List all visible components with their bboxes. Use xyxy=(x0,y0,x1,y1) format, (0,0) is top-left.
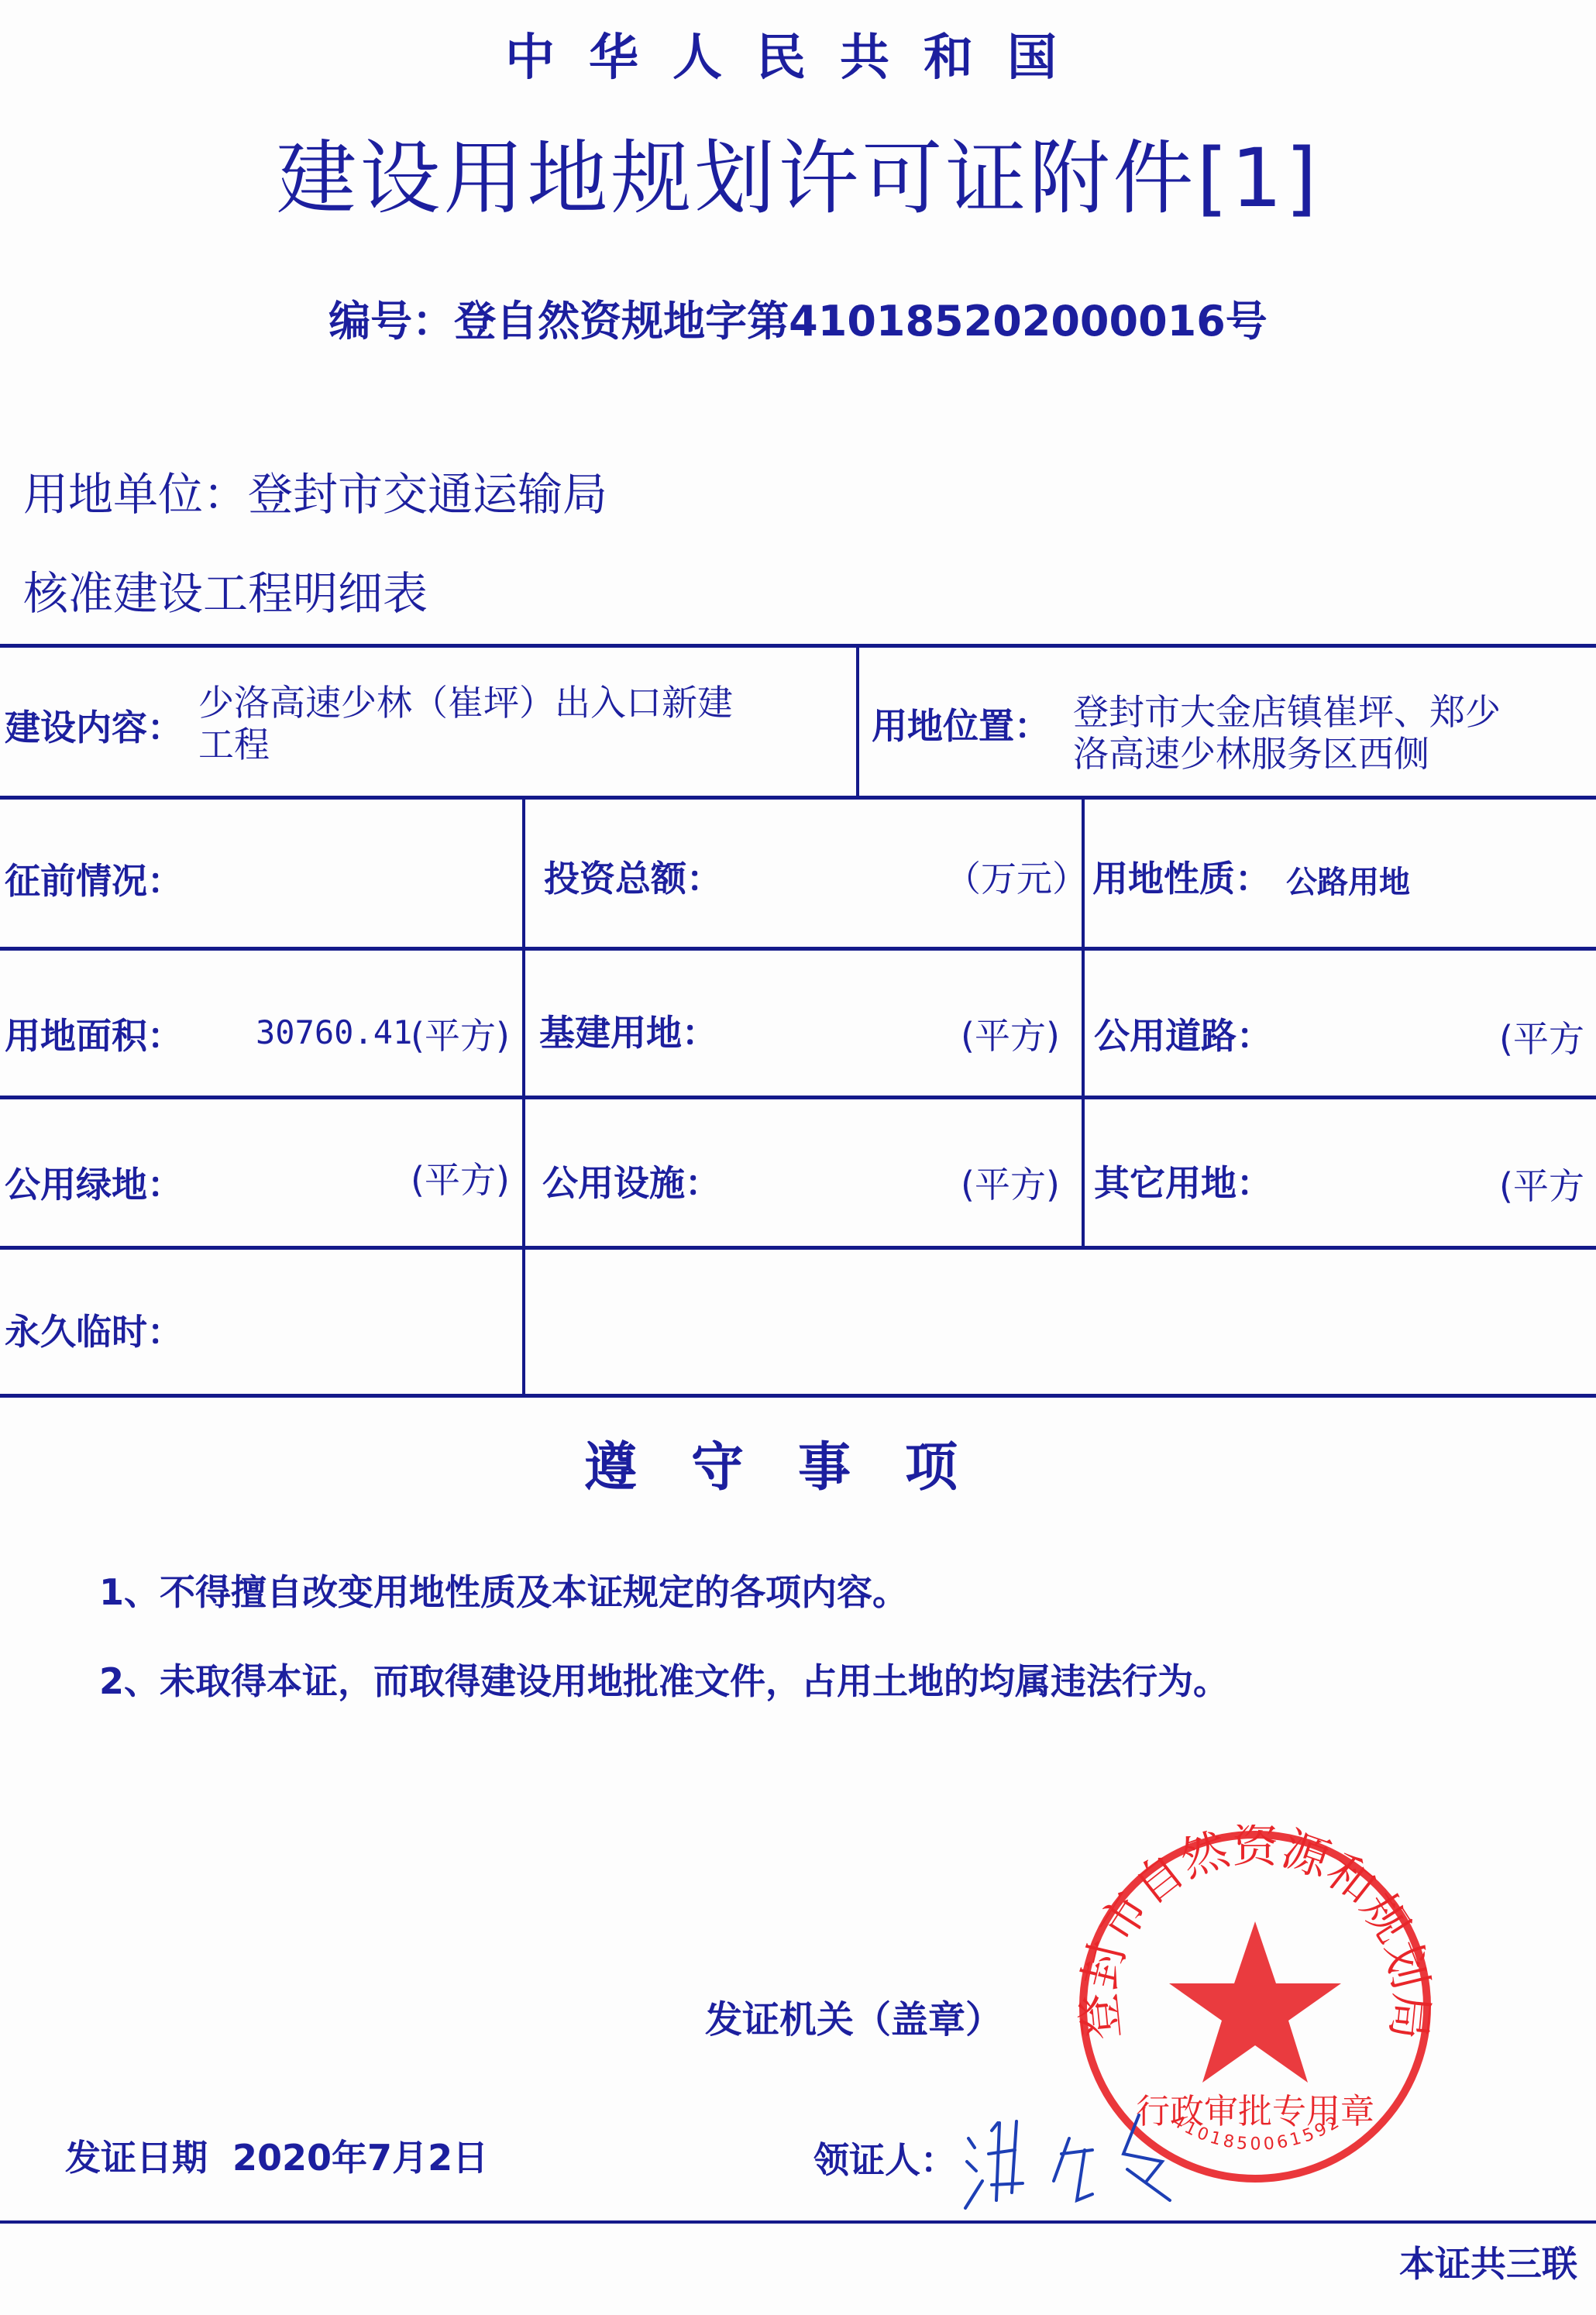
other-land-unit: (平方 xyxy=(1499,1165,1584,1207)
document-title: 建设用地规划许可证附件[1] xyxy=(0,128,1596,229)
public-road-label: 公用道路： xyxy=(1094,1015,1272,1057)
footer-divider xyxy=(0,2220,1596,2224)
public-road-unit: (平方 xyxy=(1499,1018,1584,1060)
issue-date-label: 发证日期 xyxy=(65,2137,208,2179)
construction-content-line2: 工程 xyxy=(198,724,733,765)
total-investment-unit: （万元） xyxy=(945,858,1088,900)
handwritten-signature xyxy=(961,2107,1209,2216)
permit-number-label: 编号： xyxy=(328,297,454,346)
construction-content-line1: 少洛高速少林（崔坪）出入口新建 xyxy=(198,682,733,724)
table-col-divider xyxy=(522,797,525,1395)
applicant-value: 登封市交通运输局 xyxy=(248,468,607,521)
notice-item: 2、未取得本证，而取得建设用地批准文件，占用土地的均属违法行为。 xyxy=(99,1658,1229,1704)
table-title: 核准建设工程明细表 xyxy=(23,564,428,623)
table-row-divider xyxy=(0,796,1596,800)
table-bottom-border xyxy=(0,1394,1596,1398)
issue-date: 发证日期 2020年7月2日 xyxy=(65,2134,488,2181)
permit-number: 编号：登自然资规地字第410185202000016号 xyxy=(0,293,1596,350)
construction-content-label: 建设内容： xyxy=(5,707,183,748)
table-top-border xyxy=(0,644,1596,648)
issuing-authority-label: 发证机关（盖章） xyxy=(705,1997,1003,2043)
permanent-temporary-label: 永久临时： xyxy=(5,1311,183,1353)
issue-date-value: 2020年7月2日 xyxy=(232,2137,488,2179)
construction-content-value: 少洛高速少林（崔坪）出入口新建 工程 xyxy=(198,682,733,765)
land-nature-label: 用地性质： xyxy=(1092,858,1271,900)
receiver-label: 领证人： xyxy=(813,2137,956,2183)
table-row-divider xyxy=(0,1096,1596,1099)
permit-number-value: 登自然资规地字第410185202000016号 xyxy=(454,297,1268,346)
total-investment-label: 投资总额： xyxy=(544,858,722,900)
public-facility-label: 公用设施： xyxy=(542,1162,721,1204)
land-area-value: 30760.41 xyxy=(256,1012,412,1054)
notices-title: 遵守事项 xyxy=(0,1433,1596,1503)
land-location-value: 登封市大金店镇崔坪、郑少 洛高速少林服务区西侧 xyxy=(1073,691,1501,775)
land-location-line2: 洛高速少林服务区西侧 xyxy=(1073,733,1501,775)
land-area-unit: (平方) xyxy=(411,1015,510,1057)
star-icon xyxy=(1169,1921,1341,2083)
table-row-divider xyxy=(0,1246,1596,1250)
applicant-row: 用地单位：登封市交通运输局 xyxy=(23,465,607,524)
public-green-unit: (平方) xyxy=(411,1159,510,1201)
public-green-label: 公用绿地： xyxy=(5,1164,183,1206)
copies-note: 本证共三联 xyxy=(1399,2241,1577,2287)
public-facility-unit: (平方) xyxy=(961,1164,1060,1206)
capital-construction-unit: (平方) xyxy=(961,1015,1060,1057)
land-location-label: 用地位置： xyxy=(872,705,1050,747)
land-area-label: 用地面积： xyxy=(5,1015,183,1057)
capital-construction-label: 基建用地： xyxy=(539,1012,717,1054)
table-col-divider xyxy=(856,645,859,797)
other-land-label: 其它用地： xyxy=(1094,1162,1272,1204)
applicant-label: 用地单位： xyxy=(23,468,248,521)
notice-item: 1、不得擅自改变用地性质及本证规定的各项内容。 xyxy=(99,1569,908,1615)
pre-acquisition-label: 征前情况： xyxy=(5,860,183,902)
land-location-line1: 登封市大金店镇崔坪、郑少 xyxy=(1073,691,1501,733)
land-nature-value: 公路用地 xyxy=(1286,862,1410,903)
country-heading: 中华人民共和国 xyxy=(0,23,1596,93)
table-row-divider xyxy=(0,947,1596,951)
